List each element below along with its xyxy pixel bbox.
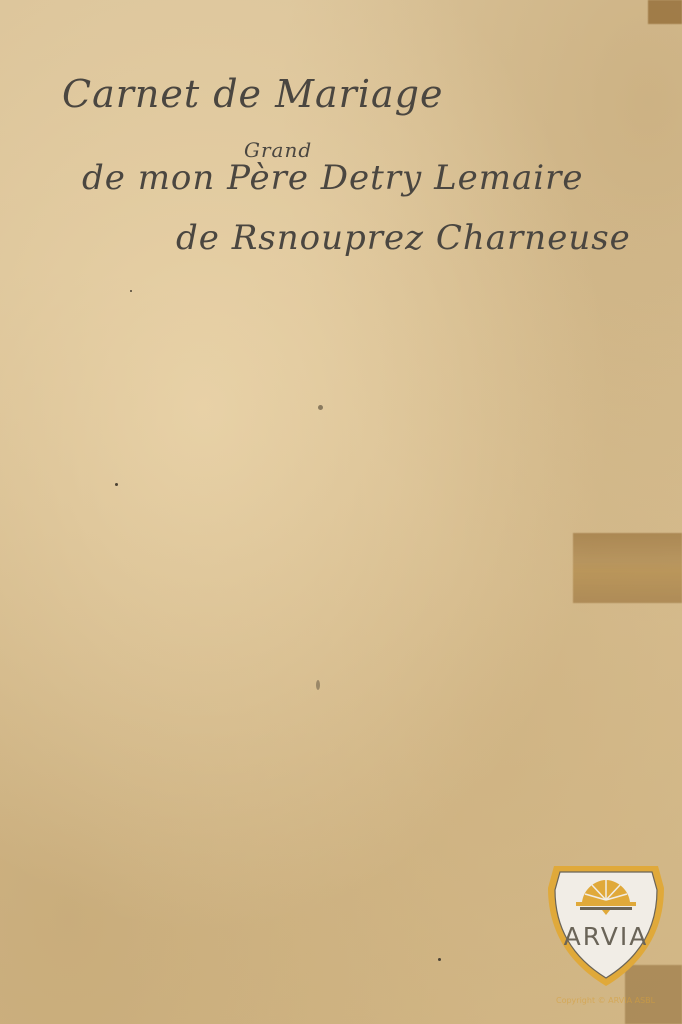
paper-speck [438,958,441,961]
logo-text: ARVIA [546,922,666,951]
paper-speck [316,680,320,690]
paper-speck [115,483,118,486]
arvia-logo: ARVIA [546,858,666,988]
tape-residue [648,0,682,24]
handwriting-line-3: de Rsnouprez Charneuse [176,218,631,258]
copyright-text: Copyright © ARVIA ASBL [556,996,655,1005]
document-page: Carnet de Mariage Grand de mon Père Detr… [0,0,682,1024]
handwriting-line-2: de mon Père Detry Lemaire [82,158,584,198]
handwriting-line-1: Carnet de Mariage [62,72,443,116]
paper-speck [130,290,132,292]
tape-residue [573,533,682,603]
paper-speck [318,405,323,410]
